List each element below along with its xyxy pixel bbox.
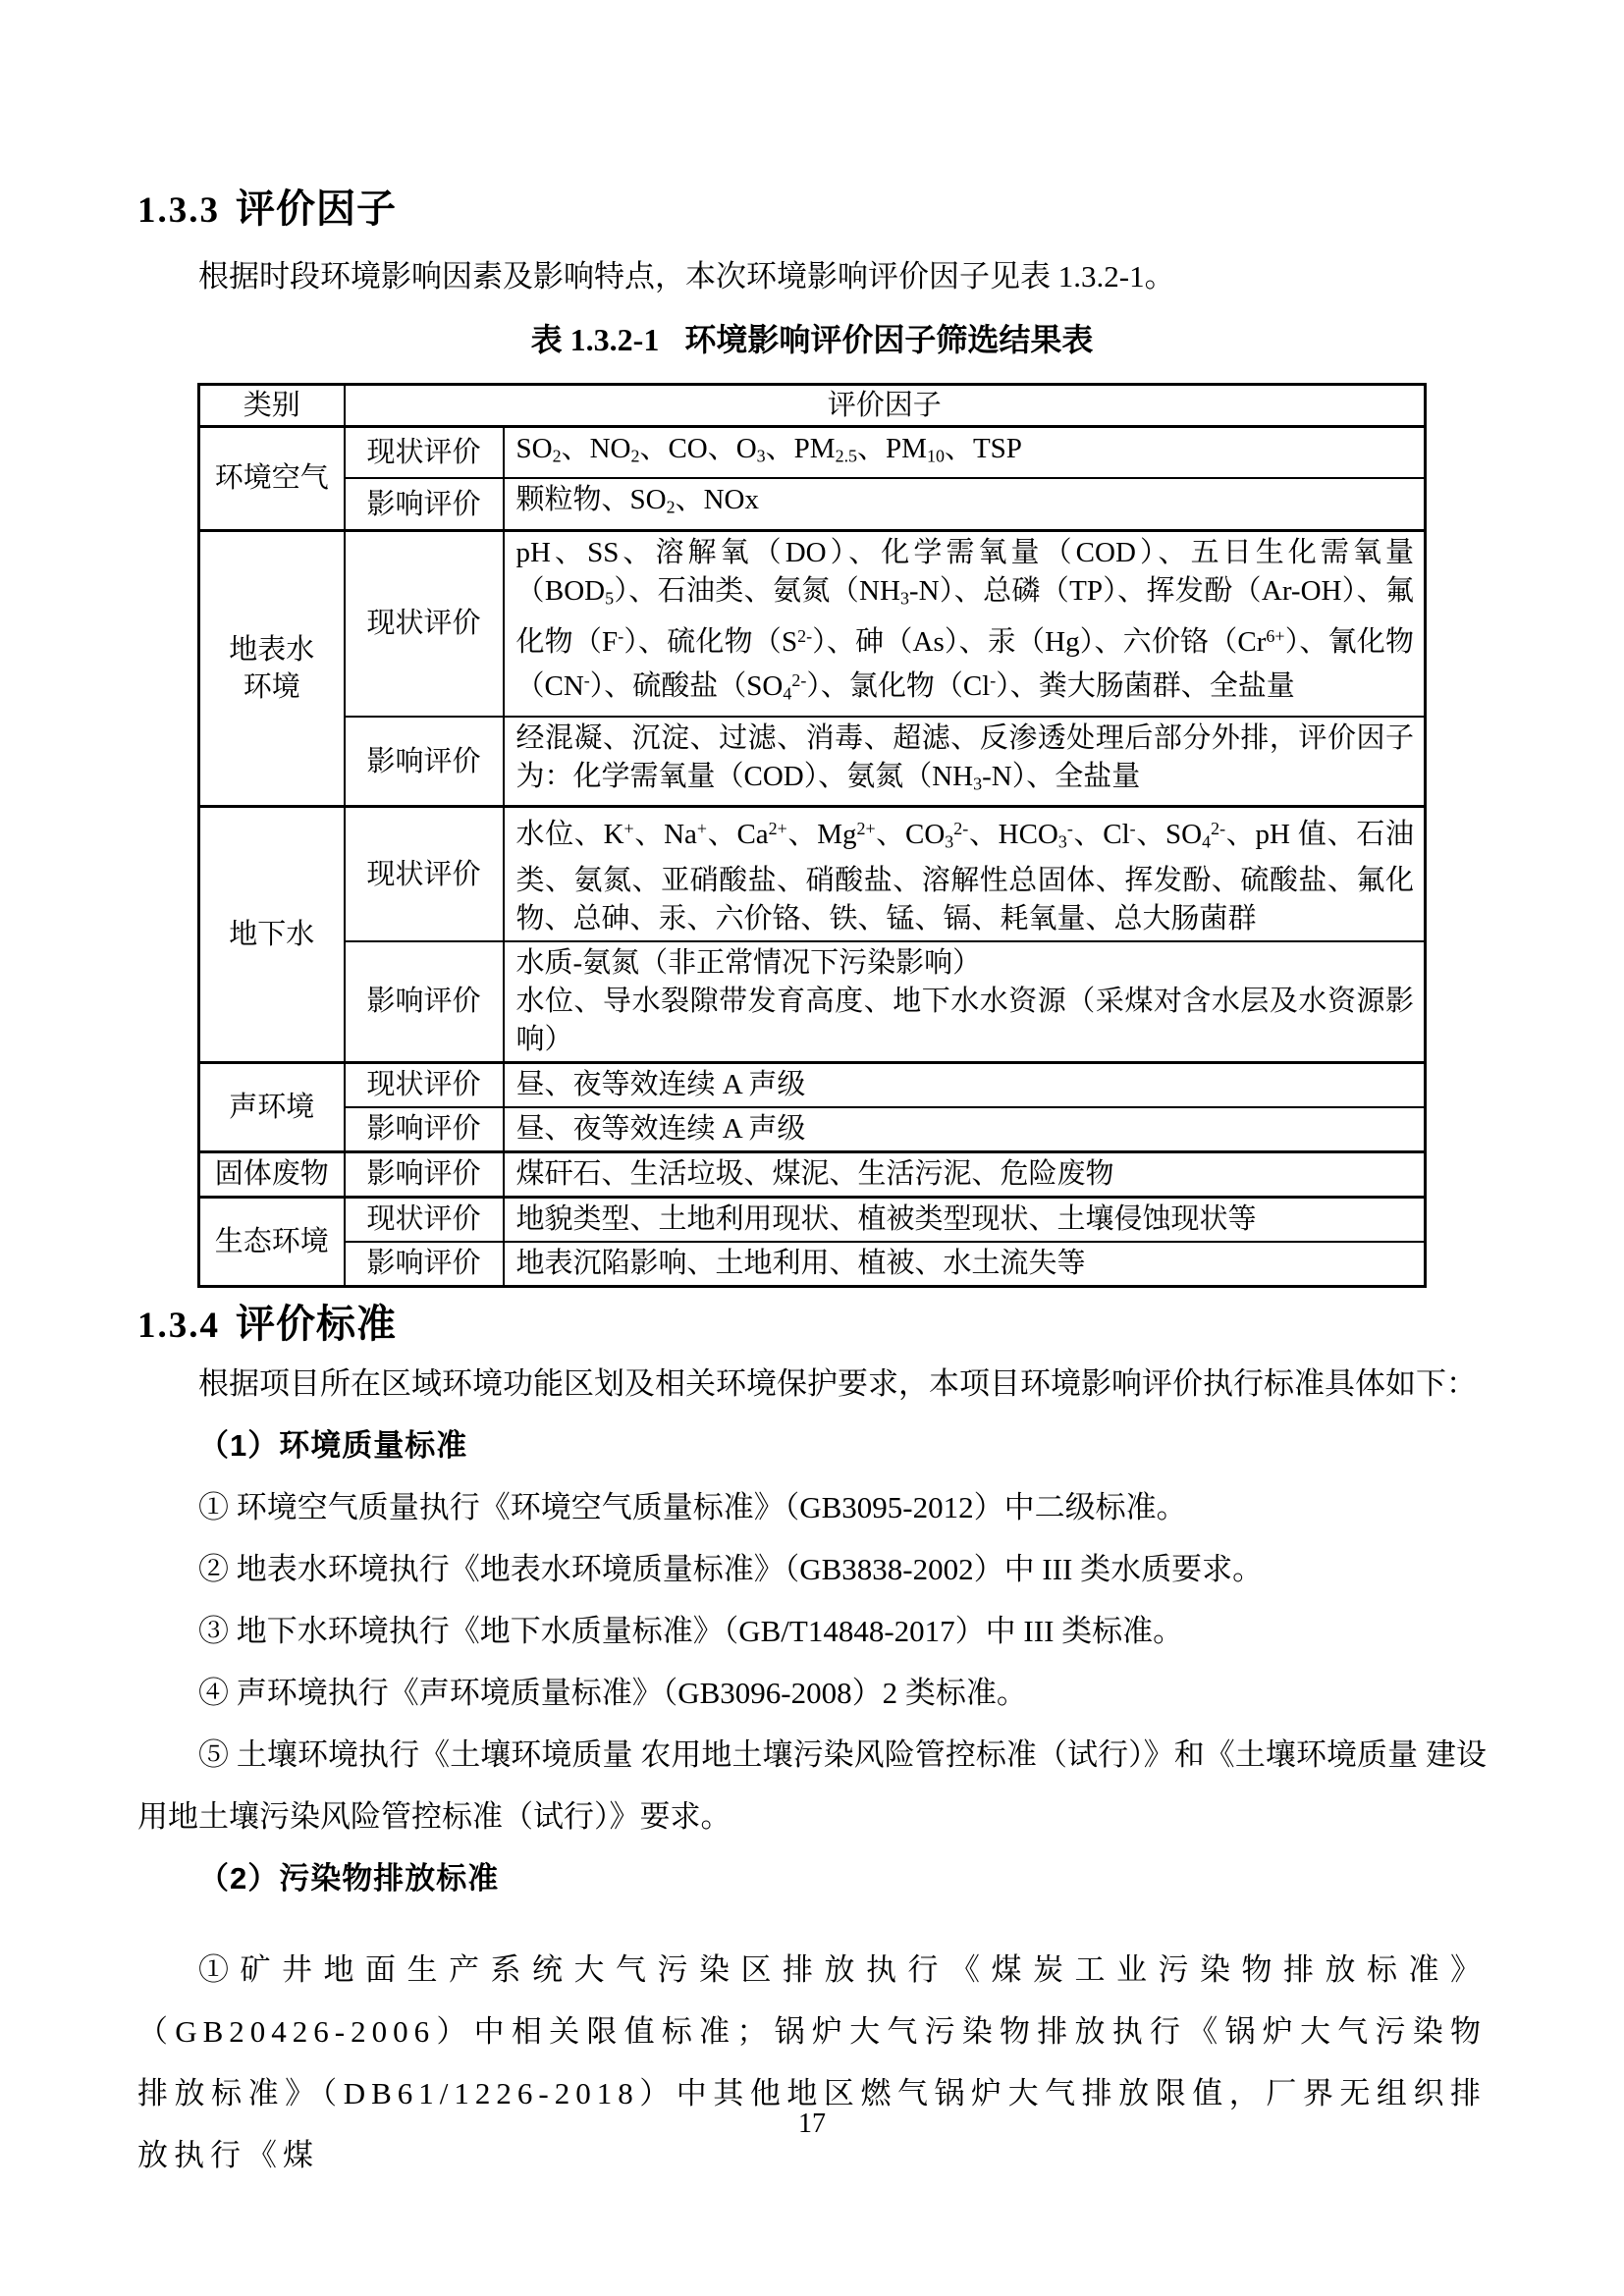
section-number: 1.3.4: [137, 1306, 220, 1346]
table-row: 生态环境 现状评价 地貌类型、土地利用现状、植被类型现状、土壤侵蚀现状等: [199, 1197, 1426, 1242]
header-cell-factors: 评价因子: [345, 385, 1426, 427]
cell-category-solid-waste: 固体废物: [199, 1151, 345, 1197]
cell-factors: 水质-氨氮（非正常情况下污染影响）水位、导水裂隙带发育高度、地下水水资源（采煤对…: [504, 941, 1426, 1063]
list-item: ③ 地下水环境执行《地下水质量标准》（GB/T14848-2017）中 III …: [137, 1600, 1487, 1662]
section-title: 评价因子: [236, 187, 397, 231]
table-row: 地下水 现状评价 水位、K+、Na+、Ca2+、Mg2+、CO32-、HCO3-…: [199, 807, 1426, 941]
table-caption-number: 表 1.3.2-1: [531, 322, 660, 357]
list-item: ④ 声环境执行《声环境质量标准》（GB3096-2008）2 类标准。: [137, 1662, 1487, 1724]
cell-factors: 经混凝、沉淀、过滤、消毒、超滤、反渗透处理后部分外排，评价因子为：化学需氧量（C…: [504, 717, 1426, 807]
table-caption: 表 1.3.2-1环境影响评价因子筛选结果表: [137, 320, 1487, 359]
list-item: ⑤ 土壤环境执行《土壤环境质量 农用地土壤污染风险管控标准（试行）》和《土壤环境…: [137, 1724, 1487, 1847]
table-row: 环境空气 现状评价 SO2、NO2、CO、O3、PM2.5、PM10、TSP: [199, 427, 1426, 479]
table-row: 影响评价 颗粒物、SO2、NOx: [199, 478, 1426, 530]
cell-factors: 昼、夜等效连续 A 声级: [504, 1107, 1426, 1152]
list-item: ① 环境空气质量执行《环境空气质量标准》（GB3095-2012）中二级标准。: [137, 1476, 1487, 1538]
cell-factors: 昼、夜等效连续 A 声级: [504, 1062, 1426, 1107]
cell-factors: 地表沉陷影响、土地利用、植被、水土流失等: [504, 1242, 1426, 1287]
cell-type: 现状评价: [345, 807, 504, 941]
subheading-emission-standards: （2）污染物排放标准: [137, 1847, 1487, 1909]
cell-type: 现状评价: [345, 530, 504, 716]
document-page: 1.3.3评价因子 根据时段环境影响因素及影响特点，本次环境影响评价因子见表 1…: [0, 0, 1624, 2296]
emission-paragraph: ①矿井地面生产系统大气污染区排放执行《煤炭工业污染物排放标准》（GB20426-…: [137, 1939, 1487, 2186]
cell-type: 影响评价: [345, 1151, 504, 1197]
cell-type: 影响评价: [345, 717, 504, 807]
cell-category-ecology: 生态环境: [199, 1197, 345, 1286]
table-caption-title: 环境影响评价因子筛选结果表: [684, 322, 1093, 357]
section-title: 评价标准: [236, 1303, 397, 1346]
page-number: 17: [0, 2109, 1624, 2140]
table-row: 影响评价 地表沉陷影响、土地利用、植被、水土流失等: [199, 1242, 1426, 1287]
section-heading-1-3-3: 1.3.3评价因子: [137, 187, 1487, 234]
cell-factors: 煤矸石、生活垃圾、煤泥、生活污泥、危险废物: [504, 1151, 1426, 1197]
header-cell-category: 类别: [199, 385, 345, 427]
cell-type: 现状评价: [345, 1062, 504, 1107]
list-item: ② 地表水环境执行《地表水环境质量标准》（GB3838-2002）中 III 类…: [137, 1538, 1487, 1600]
cell-category-surface-water: 地表水环境: [199, 530, 345, 806]
subheading-quality-standards: （1）环境质量标准: [137, 1415, 1487, 1476]
cell-factors: 颗粒物、SO2、NOx: [504, 478, 1426, 530]
table-row: 影响评价 水质-氨氮（非正常情况下污染影响）水位、导水裂隙带发育高度、地下水水资…: [199, 941, 1426, 1063]
cell-category-groundwater: 地下水: [199, 807, 345, 1062]
table-row: 地表水环境 现状评价 pH、SS、溶解氧（DO）、化学需氧量（COD）、五日生化…: [199, 530, 1426, 716]
cell-factors: 水位、K+、Na+、Ca2+、Mg2+、CO32-、HCO3-、Cl-、SO42…: [504, 807, 1426, 941]
table-row: 影响评价 昼、夜等效连续 A 声级: [199, 1107, 1426, 1152]
factor-screening-table: 类别 评价因子 环境空气 现状评价 SO2、NO2、CO、O3、PM2.5、PM…: [197, 383, 1427, 1288]
standards-intro-paragraph: 根据项目所在区域环境功能区划及相关环境保护要求，本项目环境影响评价执行标准具体如…: [137, 1353, 1487, 1415]
section-heading-1-3-4: 1.3.4评价标准: [137, 1302, 1487, 1349]
cell-type: 影响评价: [345, 1107, 504, 1152]
cell-factors: SO2、NO2、CO、O3、PM2.5、PM10、TSP: [504, 427, 1426, 479]
table-row: 固体废物 影响评价 煤矸石、生活垃圾、煤泥、生活污泥、危险废物: [199, 1151, 1426, 1197]
table-row: 声环境 现状评价 昼、夜等效连续 A 声级: [199, 1062, 1426, 1107]
cell-type: 现状评价: [345, 1197, 504, 1242]
cell-category-noise: 声环境: [199, 1062, 345, 1151]
cell-factors: 地貌类型、土地利用现状、植被类型现状、土壤侵蚀现状等: [504, 1197, 1426, 1242]
intro-paragraph: 根据时段环境影响因素及影响特点，本次环境影响评价因子见表 1.3.2-1。: [137, 255, 1487, 298]
section-number: 1.3.3: [137, 190, 220, 231]
cell-category-air: 环境空气: [199, 427, 345, 531]
cell-factors: pH、SS、溶解氧（DO）、化学需氧量（COD）、五日生化需氧量（BOD5）、石…: [504, 530, 1426, 716]
table-header-row: 类别 评价因子: [199, 385, 1426, 427]
table-row: 影响评价 经混凝、沉淀、过滤、消毒、超滤、反渗透处理后部分外排，评价因子为：化学…: [199, 717, 1426, 807]
cell-type: 影响评价: [345, 478, 504, 530]
cell-type: 影响评价: [345, 1242, 504, 1287]
section-1-3-4-body: 根据项目所在区域环境功能区划及相关环境保护要求，本项目环境影响评价执行标准具体如…: [137, 1353, 1487, 2186]
cell-type: 影响评价: [345, 941, 504, 1063]
cell-type: 现状评价: [345, 427, 504, 479]
